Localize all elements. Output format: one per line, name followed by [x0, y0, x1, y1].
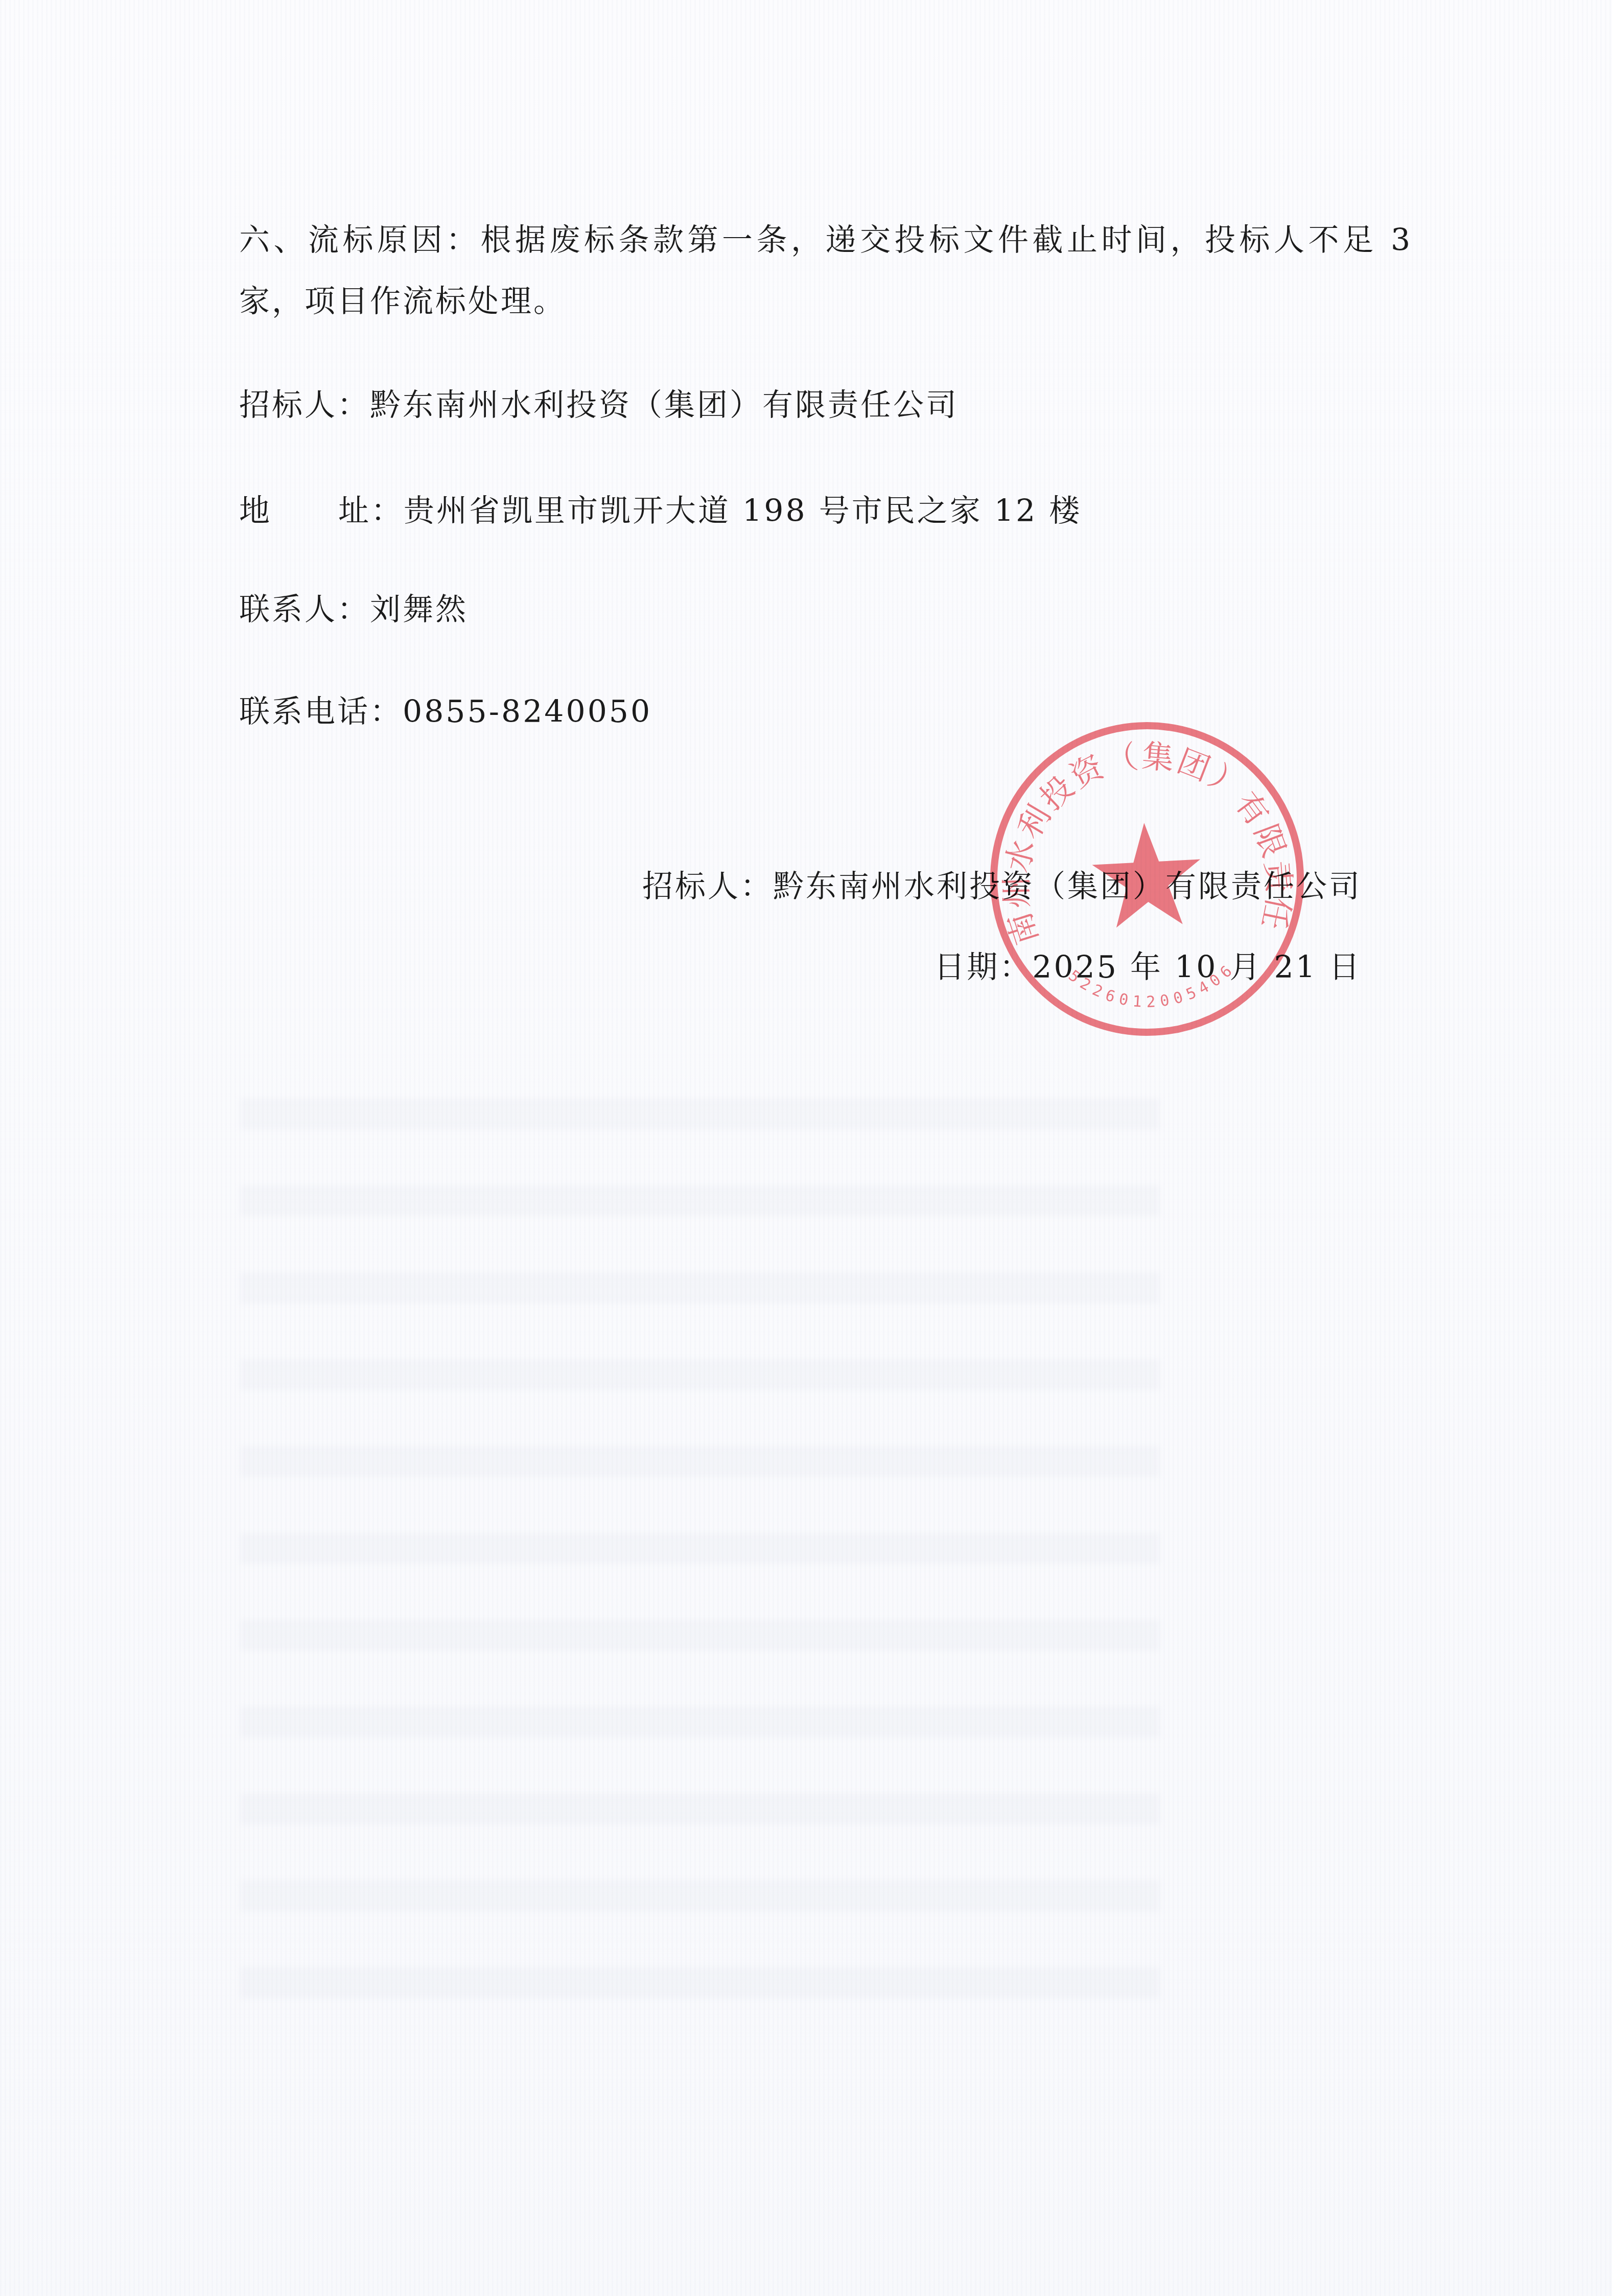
- address-label-part2: 址：: [338, 493, 404, 529]
- address-label-part1: 地: [239, 493, 272, 529]
- address-value: 贵州省凯里市凯开大道 198 号市民之家 12 楼: [404, 493, 1082, 529]
- stamp-serial: 5226012005406: [1064, 958, 1241, 1015]
- failure-reason-line-2: 家，项目作流标处理。: [239, 283, 566, 320]
- tenderer-row: 招标人：黔东南州水利投资（集团）有限责任公司: [239, 387, 959, 424]
- stamp-ring-text: 黔东南州水利投资（集团）有限责任公司: [978, 710, 1300, 952]
- tenderer-label: 招标人：: [239, 387, 370, 423]
- star-icon: [1090, 820, 1203, 929]
- phone-label: 联系电话：: [239, 694, 403, 730]
- failure-reason-line-1: 六、流标原因：根据废标条款第一条，递交投标文件截止时间，投标人不足 3: [239, 222, 1414, 259]
- phone-value: 0855-8240050: [403, 694, 652, 730]
- reverse-side-bleed-through: [240, 1099, 1160, 2019]
- contact-row: 联系人：刘舞然: [239, 591, 468, 628]
- phone-row: 联系电话：0855-8240050: [239, 693, 652, 730]
- contact-value: 刘舞然: [370, 592, 468, 628]
- address-row: 地址：贵州省凯里市凯开大道 198 号市民之家 12 楼: [239, 493, 1082, 529]
- contact-label: 联系人：: [239, 592, 370, 628]
- tenderer-value: 黔东南州水利投资（集团）有限责任公司: [370, 387, 959, 423]
- company-seal-stamp: 黔东南州水利投资（集团）有限责任公司 5226012005406: [978, 710, 1316, 1048]
